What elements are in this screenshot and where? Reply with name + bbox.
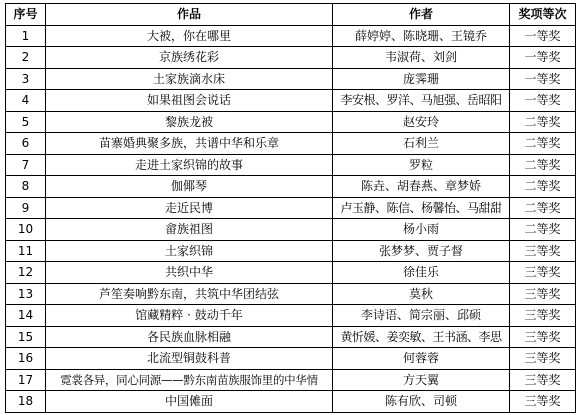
table-row: 16北流型铜鼓科普何蓉蓉三等奖	[6, 348, 576, 370]
cell-work: 中国傩面	[46, 391, 333, 413]
cell-number: 10	[6, 219, 46, 241]
header-authors: 作者	[333, 4, 510, 26]
cell-number: 3	[6, 68, 46, 90]
cell-number: 15	[6, 326, 46, 348]
table-row: 3土家族滴水床庞霁珊一等奖	[6, 68, 576, 90]
cell-authors: 方天翼	[333, 369, 510, 391]
table-row: 1大被，你在哪里薛婷婷、陈晓珊、王镜乔一等奖	[6, 25, 576, 47]
cell-number: 8	[6, 176, 46, 198]
cell-award: 三等奖	[510, 262, 576, 284]
cell-award: 三等奖	[510, 369, 576, 391]
cell-award: 三等奖	[510, 240, 576, 262]
table-row: 7走进土家织锦的故事罗粒二等奖	[6, 154, 576, 176]
cell-work: 馆藏精粹 · 鼓动千年	[46, 305, 333, 327]
table-row: 8伽倻琴陈垚、胡春燕、章梦娇二等奖	[6, 176, 576, 198]
cell-work: 伽倻琴	[46, 176, 333, 198]
cell-work: 苗寨婚典聚多族，共谱中华和乐章	[46, 133, 333, 155]
table-row: 6苗寨婚典聚多族，共谱中华和乐章石利兰二等奖	[6, 133, 576, 155]
cell-authors: 莫秋	[333, 283, 510, 305]
cell-number: 13	[6, 283, 46, 305]
cell-authors: 黄忻媛、姜奕敏、王书涵、李思	[333, 326, 510, 348]
cell-authors: 赵安玲	[333, 111, 510, 133]
table-row: 18中国傩面陈有欣、司顿三等奖	[6, 391, 576, 413]
cell-number: 7	[6, 154, 46, 176]
table-row: 14馆藏精粹 · 鼓动千年李诗语、简宗丽、邱硕三等奖	[6, 305, 576, 327]
cell-authors: 何蓉蓉	[333, 348, 510, 370]
cell-award: 二等奖	[510, 111, 576, 133]
cell-work: 走进土家织锦的故事	[46, 154, 333, 176]
cell-work: 走近民博	[46, 197, 333, 219]
cell-work: 如果祖图会说话	[46, 90, 333, 112]
table-row: 11土家织锦张梦梦、贾子督三等奖	[6, 240, 576, 262]
cell-award: 一等奖	[510, 47, 576, 69]
cell-award: 三等奖	[510, 283, 576, 305]
header-award: 奖项等次	[510, 4, 576, 26]
cell-authors: 陈垚、胡春燕、章梦娇	[333, 176, 510, 198]
table-row: 12共织中华徐佳乐三等奖	[6, 262, 576, 284]
table-row: 15各民族血脉相融黄忻媛、姜奕敏、王书涵、李思三等奖	[6, 326, 576, 348]
header-row: 序号 作品 作者 奖项等次	[6, 4, 576, 26]
cell-work: 畲族祖图	[46, 219, 333, 241]
cell-number: 1	[6, 25, 46, 47]
cell-award: 一等奖	[510, 68, 576, 90]
cell-number: 4	[6, 90, 46, 112]
table-row: 9走近民博卢玉静、陈信、杨馨怡、马甜甜二等奖	[6, 197, 576, 219]
cell-authors: 庞霁珊	[333, 68, 510, 90]
table-row: 5黎族龙被赵安玲二等奖	[6, 111, 576, 133]
cell-award: 二等奖	[510, 176, 576, 198]
cell-award: 二等奖	[510, 154, 576, 176]
cell-work: 芦笙奏响黔东南，共筑中华团结弦	[46, 283, 333, 305]
cell-authors: 罗粒	[333, 154, 510, 176]
cell-authors: 徐佳乐	[333, 262, 510, 284]
table-row: 10畲族祖图杨小雨二等奖	[6, 219, 576, 241]
cell-number: 16	[6, 348, 46, 370]
cell-authors: 薛婷婷、陈晓珊、王镜乔	[333, 25, 510, 47]
cell-work: 京族绣花彩	[46, 47, 333, 69]
cell-authors: 卢玉静、陈信、杨馨怡、马甜甜	[333, 197, 510, 219]
cell-work: 霓裳各异，同心同源——黔东南苗族服饰里的中华情	[46, 369, 333, 391]
cell-authors: 韦淑荷、刘剑	[333, 47, 510, 69]
cell-number: 11	[6, 240, 46, 262]
cell-work: 土家织锦	[46, 240, 333, 262]
cell-work: 土家族滴水床	[46, 68, 333, 90]
cell-work: 各民族血脉相融	[46, 326, 333, 348]
cell-award: 二等奖	[510, 133, 576, 155]
cell-work: 大被，你在哪里	[46, 25, 333, 47]
cell-award: 三等奖	[510, 391, 576, 413]
cell-award: 一等奖	[510, 90, 576, 112]
cell-number: 18	[6, 391, 46, 413]
awards-table: 序号 作品 作者 奖项等次 1大被，你在哪里薛婷婷、陈晓珊、王镜乔一等奖2京族绣…	[5, 3, 576, 413]
cell-number: 12	[6, 262, 46, 284]
cell-award: 三等奖	[510, 348, 576, 370]
cell-award: 三等奖	[510, 326, 576, 348]
cell-number: 5	[6, 111, 46, 133]
cell-award: 二等奖	[510, 197, 576, 219]
cell-authors: 李安根、罗洋、马旭强、岳昭阳	[333, 90, 510, 112]
cell-work: 北流型铜鼓科普	[46, 348, 333, 370]
header-work: 作品	[46, 4, 333, 26]
table-row: 17霓裳各异，同心同源——黔东南苗族服饰里的中华情方天翼三等奖	[6, 369, 576, 391]
cell-authors: 杨小雨	[333, 219, 510, 241]
table-row: 2京族绣花彩韦淑荷、刘剑一等奖	[6, 47, 576, 69]
cell-authors: 陈有欣、司顿	[333, 391, 510, 413]
cell-award: 一等奖	[510, 25, 576, 47]
cell-award: 三等奖	[510, 305, 576, 327]
cell-work: 共织中华	[46, 262, 333, 284]
cell-number: 6	[6, 133, 46, 155]
cell-number: 14	[6, 305, 46, 327]
table-row: 4如果祖图会说话李安根、罗洋、马旭强、岳昭阳一等奖	[6, 90, 576, 112]
cell-number: 2	[6, 47, 46, 69]
cell-authors: 李诗语、简宗丽、邱硕	[333, 305, 510, 327]
cell-authors: 张梦梦、贾子督	[333, 240, 510, 262]
cell-number: 9	[6, 197, 46, 219]
cell-number: 17	[6, 369, 46, 391]
cell-award: 二等奖	[510, 219, 576, 241]
cell-authors: 石利兰	[333, 133, 510, 155]
table-row: 13芦笙奏响黔东南，共筑中华团结弦莫秋三等奖	[6, 283, 576, 305]
header-number: 序号	[6, 4, 46, 26]
cell-work: 黎族龙被	[46, 111, 333, 133]
